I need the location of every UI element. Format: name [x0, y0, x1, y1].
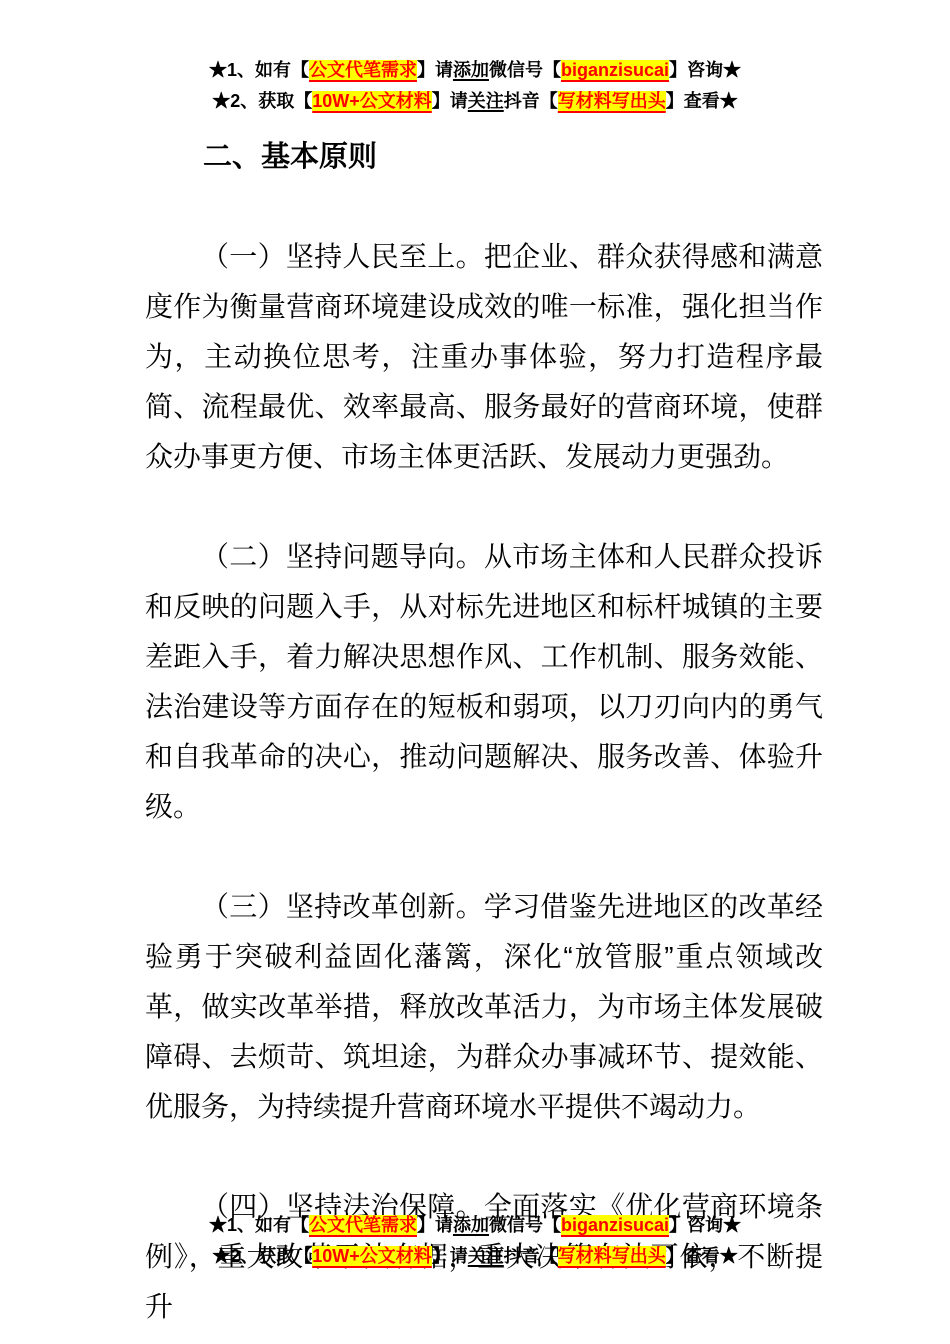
promo-text: 】咨询★	[669, 60, 741, 80]
promo-text: ★2、获取【	[212, 1246, 312, 1266]
promo-text: 】请	[417, 60, 453, 80]
paragraph-1: （一）坚持人民至上。把企业、群众获得感和满意度作为衡量营商环境建设成效的唯一标准…	[145, 232, 823, 482]
promo-line-1: ★1、如有【公文代笔需求】请添加微信号【biganzisucai】咨询★	[0, 1210, 950, 1241]
promo-text: 抖音【	[504, 1246, 558, 1266]
add-action-underlined: 添加	[453, 60, 489, 80]
promo-banner-bottom: ★1、如有【公文代笔需求】请添加微信号【biganzisucai】咨询★ ★2、…	[0, 1210, 950, 1272]
promo-text: 】查看★	[666, 91, 738, 111]
promo-text: 】查看★	[666, 1246, 738, 1266]
paragraph-3: （三）坚持改革创新。学习借鉴先进地区的改革经验勇于突破利益固化藩篱，深化“放管服…	[145, 882, 823, 1132]
promo-text: 】请	[417, 1215, 453, 1235]
add-action-underlined: 添加	[453, 1215, 489, 1235]
promo-text: ★1、如有【	[209, 60, 309, 80]
service-need-highlight: 公文代笔需求	[309, 60, 417, 80]
promo-text: ★2、获取【	[212, 91, 312, 111]
follow-action-underlined: 关注	[468, 1246, 504, 1266]
paragraph-2: （二）坚持问题导向。从市场主体和人民群众投诉和反映的问题入手，从对标先进地区和标…	[145, 532, 823, 832]
document-page: ★1、如有【公文代笔需求】请添加微信号【biganzisucai】咨询★ ★2、…	[0, 0, 950, 1344]
promo-text: 】请	[432, 1246, 468, 1266]
material-pack-highlight: 10W+公文材料	[312, 1246, 432, 1266]
promo-line-1: ★1、如有【公文代笔需求】请添加微信号【biganzisucai】咨询★	[0, 55, 950, 86]
promo-text: 】咨询★	[669, 1215, 741, 1235]
wechat-id-highlight: biganzisucai	[561, 60, 669, 80]
promo-text: 微信号【	[489, 60, 561, 80]
promo-text: 微信号【	[489, 1215, 561, 1235]
promo-text: ★1、如有【	[209, 1215, 309, 1235]
document-body: 二、基本原则 （一）坚持人民至上。把企业、群众获得感和满意度作为衡量营商环境建设…	[145, 132, 823, 1332]
wechat-id-highlight: biganzisucai	[561, 1215, 669, 1235]
section-heading: 二、基本原则	[145, 132, 823, 182]
follow-action-underlined: 关注	[468, 91, 504, 111]
douyin-name-highlight: 写材料写出头	[558, 91, 666, 111]
promo-banner-top: ★1、如有【公文代笔需求】请添加微信号【biganzisucai】咨询★ ★2、…	[0, 0, 950, 117]
material-pack-highlight: 10W+公文材料	[312, 91, 432, 111]
douyin-name-highlight: 写材料写出头	[558, 1246, 666, 1266]
promo-text: 抖音【	[504, 91, 558, 111]
service-need-highlight: 公文代笔需求	[309, 1215, 417, 1235]
promo-line-2: ★2、获取【10W+公文材料】请关注抖音【写材料写出头】查看★	[0, 1241, 950, 1272]
promo-line-2: ★2、获取【10W+公文材料】请关注抖音【写材料写出头】查看★	[0, 86, 950, 117]
promo-text: 】请	[432, 91, 468, 111]
